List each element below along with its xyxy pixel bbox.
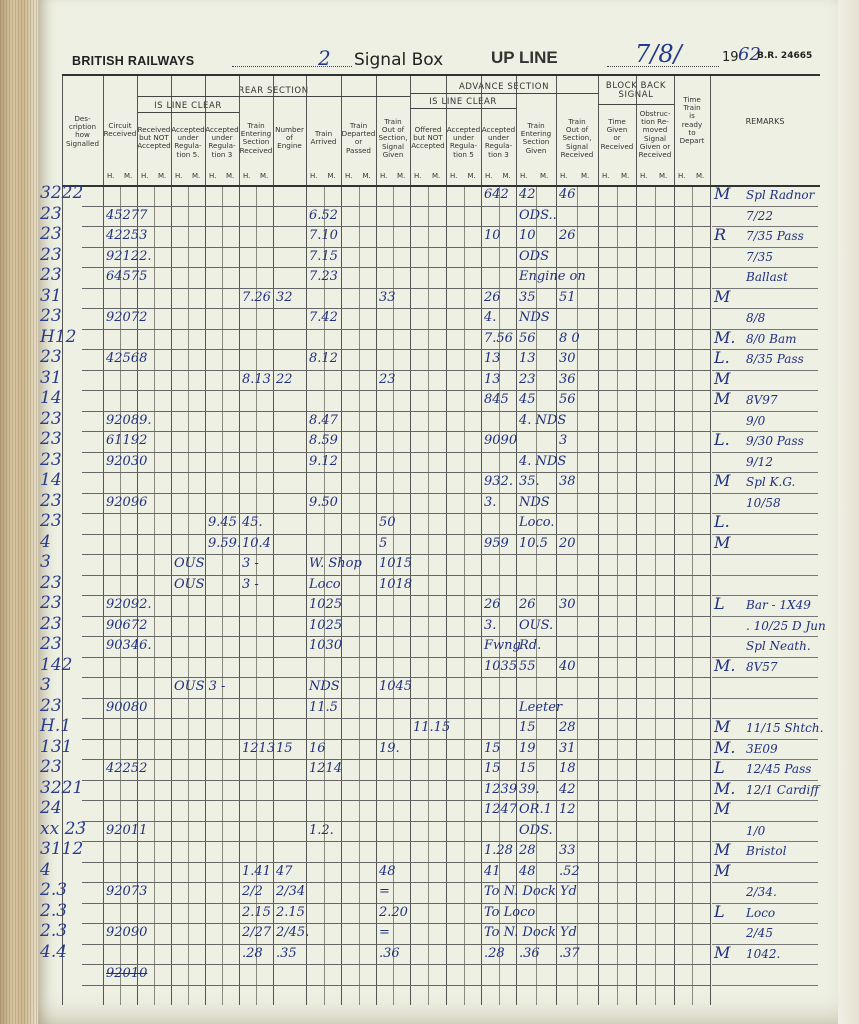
- remarks-text: 12/1 Cardiff: [746, 782, 819, 798]
- column-header-out_given: TrainOut ofSection,SignalGiven: [376, 118, 410, 159]
- entry-desc: 31: [40, 288, 62, 304]
- form-title-row: BRITISH RAILWAYS 2 Signal Box UP LINE 7/…: [72, 48, 822, 72]
- entry-adv-reg3: 15: [484, 761, 501, 777]
- remarks-rule: [712, 636, 818, 637]
- row-rule: [82, 370, 710, 371]
- column-divider: [205, 76, 206, 1005]
- entry-adv-reg3: 959: [484, 536, 509, 552]
- entry-out-recv: 51: [559, 290, 576, 306]
- entry-entering-given: 13: [519, 351, 536, 367]
- entry-entering-recv: 7.26: [242, 290, 271, 306]
- column-header-out_recv: TrainOut ofSection,SignalReceived: [556, 118, 598, 159]
- minute-label: M.: [468, 172, 476, 180]
- column-header-departed: TrainDepartedorPassed: [341, 122, 376, 155]
- remarks-rule: [712, 882, 818, 883]
- entry-out-given: 1015: [379, 556, 412, 572]
- remarks-initial: L.: [714, 432, 730, 448]
- row-rule: [82, 390, 710, 391]
- entry-adv-reg3: 1239: [484, 782, 517, 798]
- remarks-rule: [712, 226, 818, 227]
- entry-entering-given: 15: [519, 720, 536, 736]
- entry-desc: 3222: [40, 185, 83, 201]
- column-header-bb_time: TimeGivenorReceived: [598, 118, 636, 151]
- entry-circuit: 90672: [106, 618, 147, 634]
- minute-label: M.: [432, 172, 440, 180]
- minute-label: M.: [397, 172, 405, 180]
- column-divider: [410, 76, 411, 1005]
- remarks-text: Loco: [746, 905, 775, 921]
- advance-is-line-clear-heading: IS LINE CLEAR: [410, 97, 516, 107]
- entry-adv-reg3: 26: [484, 290, 501, 306]
- column-header-rear_not: Receivedbut NOTAccepted: [137, 126, 171, 151]
- row-rule: [82, 595, 710, 596]
- column-divider: [376, 76, 377, 1005]
- entry-adv-reg3: 3.: [484, 618, 496, 634]
- row-rule: [82, 800, 710, 801]
- entry-out-given: 19.: [379, 741, 400, 757]
- entry-entering-given: 23: [519, 372, 536, 388]
- entry-arrived: Loco: [309, 577, 341, 593]
- entry-entering-given: 4. NDS: [519, 413, 566, 429]
- entry-desc: 23: [40, 575, 62, 591]
- minute-label: M.: [621, 172, 629, 180]
- entry-out-given: 1018: [379, 577, 412, 593]
- remarks-initial: M: [714, 371, 730, 387]
- entry-circuit: 92072: [106, 310, 147, 326]
- row-rule: [82, 698, 710, 699]
- row-rule: [82, 780, 710, 781]
- row-rule: [82, 718, 710, 719]
- rear-is-line-clear-heading: IS LINE CLEAR: [137, 101, 239, 111]
- row-rule: [82, 411, 710, 412]
- entry-out-given: 23: [379, 372, 396, 388]
- remarks-initial: M: [714, 801, 730, 817]
- hour-label: H.: [243, 172, 250, 180]
- entry-desc: 2.3: [40, 882, 67, 898]
- entry-engine: 2.15: [276, 905, 305, 921]
- box-dotted-line: [232, 52, 352, 67]
- hour-label: H.: [602, 172, 609, 180]
- entry-out-given: 1045: [379, 679, 412, 695]
- entry-adv-reg3: 13: [484, 372, 501, 388]
- entry-adv-reg3: 4.: [484, 310, 496, 326]
- entry-out-given: =: [379, 925, 390, 941]
- entry-arrived: 11.5: [309, 700, 338, 716]
- minute-label: M.: [696, 172, 704, 180]
- entry-circuit: 92122.: [106, 249, 152, 265]
- column-header-rear_reg5: AcceptedunderRegula-tion 5.: [171, 126, 205, 159]
- row-rule: [82, 206, 710, 207]
- row-rule: [82, 308, 710, 309]
- remarks-rule: [712, 575, 818, 576]
- entry-circuit: 42568: [106, 351, 147, 367]
- minute-label: M.: [581, 172, 589, 180]
- entry-desc: 31: [40, 370, 62, 386]
- remarks-text: 7/22: [746, 208, 773, 224]
- entry-circuit: 90080: [106, 700, 147, 716]
- entry-circuit: 61192: [106, 433, 147, 449]
- entry-arrived: 7.23: [309, 269, 338, 285]
- column-header-remarks: REMARKS: [710, 118, 820, 126]
- row-rule: [82, 534, 710, 535]
- entry-adv-reg3: 13: [484, 351, 501, 367]
- remarks-rule: [712, 821, 818, 822]
- signal-box-label: Signal Box: [354, 50, 443, 70]
- entry-desc: 23: [40, 267, 62, 283]
- remarks-text: 8V97: [746, 392, 778, 408]
- column-divider: [598, 76, 599, 1005]
- entry-entering-recv: 2.15: [242, 905, 271, 921]
- entry-entering-given: NDS: [519, 495, 550, 511]
- minute-label: M.: [226, 172, 234, 180]
- remarks-rule: [712, 411, 818, 412]
- entry-entering-given: 26: [519, 597, 536, 613]
- remarks-text: 10/58: [746, 495, 781, 511]
- remarks-text: 11/15 Shtch.: [746, 720, 823, 736]
- entry-arrived: 1025: [309, 597, 342, 613]
- remarks-text: 12/45 Pass: [746, 761, 811, 777]
- entry-adv-reg3: 932.: [484, 474, 513, 490]
- entry-arrived: 1025: [309, 618, 342, 634]
- entry-out-recv: 30: [559, 351, 576, 367]
- entry-circuit: 92096: [106, 495, 147, 511]
- column-header-entering_given: TrainEnteringSectionGiven: [516, 122, 556, 155]
- entry-engine: .35: [276, 946, 297, 962]
- remarks-text: . 10/25 D Jun: [746, 618, 826, 634]
- row-rule: [82, 493, 710, 494]
- signal-box-number: 2: [318, 46, 331, 70]
- row-rule: [82, 575, 710, 576]
- entry-adv-not: 11.15: [413, 720, 450, 736]
- entry-desc: xx 23: [40, 821, 86, 837]
- entry-entering-given: ODS..: [519, 208, 557, 224]
- hour-label: H.: [107, 172, 114, 180]
- row-rule: [82, 226, 710, 227]
- column-header-rear_reg3: AcceptedunderRegula-tion 3: [205, 126, 239, 159]
- entry-adv-reg3: 845: [484, 392, 509, 408]
- remarks-rule: [712, 247, 818, 248]
- entry-desc: 23: [40, 513, 62, 529]
- remarks-rule: [712, 554, 818, 555]
- remarks-text: 9/0: [746, 413, 765, 429]
- organisation-name: BRITISH RAILWAYS: [72, 54, 194, 68]
- entry-entering-given: 55: [519, 659, 536, 675]
- column-divider: [62, 76, 63, 1005]
- remarks-initial: M: [714, 945, 730, 961]
- advance-ilc-rule: [410, 108, 516, 109]
- entry-desc: H12: [40, 329, 76, 345]
- rear-section-rule: [137, 96, 410, 97]
- entry-arrived: 7.10: [309, 228, 338, 244]
- row-rule: [82, 882, 710, 883]
- remarks-rule: [712, 677, 818, 678]
- remarks-initial: M: [714, 186, 730, 202]
- row-rule: [82, 288, 710, 289]
- entry-entering-given: 39.: [519, 782, 540, 798]
- entry-desc: H.1: [40, 718, 71, 734]
- remarks-initial: M: [714, 473, 730, 489]
- entry-circuit: 64575: [106, 269, 147, 285]
- entry-entering-given: 4. NDS: [519, 454, 566, 470]
- entry-entering-given: ODS.: [519, 823, 553, 839]
- hour-label: H.: [345, 172, 352, 180]
- entry-entering-given: 42: [519, 187, 536, 203]
- remarks-rule: [712, 616, 818, 617]
- remarks-text: 1/0: [746, 823, 765, 839]
- hour-label: H.: [520, 172, 527, 180]
- entry-entering-recv: 1.41: [242, 864, 271, 880]
- row-rule: [82, 636, 710, 637]
- entry-entering-given: .36: [519, 946, 540, 962]
- entry-out-recv: 8 0: [559, 331, 580, 347]
- remarks-text: Spl Radnor: [746, 187, 814, 203]
- column-header-engine: NumberofEngine: [273, 126, 306, 151]
- entry-adv-reg3: To N. Dock Yd: [484, 884, 577, 900]
- minute-label: M.: [659, 172, 667, 180]
- entry-arrived: 8.59: [309, 433, 338, 449]
- row-rule: [82, 923, 710, 924]
- entry-out-recv: 33: [559, 843, 576, 859]
- entry-adv-reg3: 15: [484, 741, 501, 757]
- entry-desc: 14: [40, 390, 62, 406]
- hour-label: H.: [640, 172, 647, 180]
- entry-entering-given: Leeter: [519, 700, 562, 716]
- entry-out-recv: 46: [559, 187, 576, 203]
- row-rule: [82, 759, 710, 760]
- entry-arrived: 8.12: [309, 351, 338, 367]
- remarks-rule: [712, 308, 818, 309]
- entry-out-recv: 56: [559, 392, 576, 408]
- entry-out-given: 5: [379, 536, 387, 552]
- entry-entering-given: Engine on: [519, 269, 586, 285]
- entry-out-given: 33: [379, 290, 396, 306]
- entry-adv-reg3: To N. Dock Yd: [484, 925, 577, 941]
- entry-arrived: W. Shop: [309, 556, 362, 572]
- entry-reg3: 9.59.: [208, 536, 241, 552]
- entry-desc: 23: [40, 493, 62, 509]
- entry-entering-given: 19: [519, 741, 536, 757]
- entry-adv-reg3: 642: [484, 187, 509, 203]
- column-divider: [636, 76, 637, 1005]
- entry-engine: 32: [276, 290, 293, 306]
- entry-adv-reg3: 1.28: [484, 843, 513, 859]
- entry-entering-given: ODS: [519, 249, 549, 265]
- column-header-entering_recv: TrainEnteringSectionReceived: [239, 122, 273, 155]
- entry-reg5: OUS: [174, 556, 205, 572]
- remarks-rule: [712, 903, 818, 904]
- row-rule: [82, 985, 710, 986]
- hour-label: H.: [175, 172, 182, 180]
- entry-adv-reg3: 26: [484, 597, 501, 613]
- minute-label: M.: [260, 172, 268, 180]
- entry-circuit: 92011: [106, 823, 147, 839]
- entry-entering-given: Rd.: [519, 638, 541, 654]
- entry-circuit: 90346.: [106, 638, 152, 654]
- entry-desc: 3: [40, 677, 51, 693]
- minute-label: M.: [124, 172, 132, 180]
- entry-circuit: 92089.: [106, 413, 152, 429]
- entry-out-given: .36: [379, 946, 400, 962]
- entry-desc: 23: [40, 411, 62, 427]
- remarks-initial: M.: [714, 740, 735, 756]
- entry-entering-recv: .28: [242, 946, 263, 962]
- entry-entering-recv: 8.13: [242, 372, 271, 388]
- column-divider: [710, 76, 711, 1005]
- entry-date: 7/8/: [635, 40, 682, 68]
- entry-desc: 2.3: [40, 923, 67, 939]
- entry-reg5: OUS: [174, 577, 205, 593]
- entry-entering-recv: 10.4: [242, 536, 271, 552]
- advance-section-heading: ADVANCE SECTION: [410, 82, 598, 92]
- entry-out-given: 2.20: [379, 905, 408, 921]
- row-rule: [82, 329, 710, 330]
- remarks-rule: [712, 985, 818, 986]
- entry-out-recv: 38: [559, 474, 576, 490]
- entry-reg5: OUS 3 -: [174, 679, 225, 695]
- row-rule: [82, 821, 710, 822]
- entry-adv-reg3: 7.56: [484, 331, 513, 347]
- column-divider: [103, 76, 104, 1005]
- entry-desc: 23: [40, 595, 62, 611]
- hour-label: H.: [485, 172, 492, 180]
- row-rule: [82, 452, 710, 453]
- entry-arrived: 8.47: [309, 413, 338, 429]
- entry-out-recv: 20: [559, 536, 576, 552]
- remarks-text: 8/35 Pass: [746, 351, 804, 367]
- column-divider: [171, 76, 172, 1005]
- entry-adv-reg3: 10: [484, 228, 501, 244]
- row-rule: [82, 657, 710, 658]
- entry-desc: 4: [40, 534, 51, 550]
- entry-out-recv: 40: [559, 659, 576, 675]
- entry-circuit: 42253: [106, 228, 147, 244]
- entry-desc: 3112: [40, 841, 83, 857]
- entry-out-recv: .37: [559, 946, 580, 962]
- entry-desc: 14: [40, 472, 62, 488]
- entry-entering-given: 10: [519, 228, 536, 244]
- entry-out-given: 50: [379, 515, 396, 531]
- rear-ilc-rule: [137, 112, 239, 113]
- entry-entering-given: OR.1: [519, 802, 552, 818]
- column-divider: [306, 76, 307, 1005]
- remarks-initial: M.: [714, 330, 735, 346]
- remarks-initial: M: [714, 391, 730, 407]
- entry-entering-given: 10.5: [519, 536, 548, 552]
- row-rule: [82, 616, 710, 617]
- column-header-bb_obstr: Obstruc-tion Re-movedSignalGiven orRecei…: [636, 110, 674, 159]
- remarks-rule: [712, 493, 818, 494]
- entry-entering-recv: 45.: [242, 515, 263, 531]
- entry-adv-reg3: .28: [484, 946, 505, 962]
- entry-desc: 23: [40, 226, 62, 242]
- row-rule: [82, 944, 710, 945]
- entry-adv-reg3: To Loco: [484, 905, 535, 921]
- remarks-text: 2/45: [746, 925, 773, 941]
- entry-arrived: 1.2.: [309, 823, 334, 839]
- entry-entering-given: 56: [519, 331, 536, 347]
- entry-entering-given: OUS.: [519, 618, 553, 634]
- row-rule: [82, 739, 710, 740]
- entry-circuit: 45277: [106, 208, 147, 224]
- hour-label: H.: [209, 172, 216, 180]
- row-rule: [82, 554, 710, 555]
- remarks-text: 7/35 Pass: [746, 228, 804, 244]
- remarks-initial: M: [714, 289, 730, 305]
- hour-label: H.: [141, 172, 148, 180]
- entry-desc: 23: [40, 308, 62, 324]
- remarks-rule: [712, 267, 818, 268]
- entry-engine: 2/45.: [276, 925, 309, 941]
- page-right-margin: [838, 0, 859, 1024]
- remarks-text: Bar - 1X49: [746, 597, 811, 613]
- minute-label: M.: [192, 172, 200, 180]
- minute-label: M.: [540, 172, 548, 180]
- remarks-rule: [712, 964, 818, 965]
- entry-entering-given: 35.: [519, 474, 540, 490]
- remarks-rule: [712, 452, 818, 453]
- remarks-rule: [712, 206, 818, 207]
- minute-label: M.: [158, 172, 166, 180]
- remarks-initial: M: [714, 863, 730, 879]
- row-rule: [82, 513, 710, 514]
- remarks-text: 7/35: [746, 249, 773, 265]
- column-divider: [273, 76, 274, 1005]
- remarks-initial: M: [714, 535, 730, 551]
- remarks-initial: L: [714, 760, 725, 776]
- remarks-initial: M: [714, 719, 730, 735]
- remarks-text: 3E09: [746, 741, 778, 757]
- column-header-adv_not: Offeredbut NOTAccepted: [410, 126, 446, 151]
- entry-desc: 23: [40, 349, 62, 365]
- remarks-initial: R: [714, 227, 726, 243]
- entry-entering-given: 28: [519, 843, 536, 859]
- column-divider: [674, 76, 675, 1005]
- remarks-text: Spl K.G.: [746, 474, 795, 490]
- entry-reg3: 9.45: [208, 515, 237, 531]
- entry-circuit: 92090: [106, 925, 147, 941]
- entry-desc: 24: [40, 800, 62, 816]
- year-prefix: 19: [722, 50, 739, 65]
- entry-desc: 4.4: [40, 944, 67, 960]
- entry-circuit: 92092.: [106, 597, 152, 613]
- entry-out-recv: 26: [559, 228, 576, 244]
- entry-circuit: 42252: [106, 761, 147, 777]
- entry-entering-given: 15: [519, 761, 536, 777]
- entry-circuit: 92073: [106, 884, 147, 900]
- entry-arrived: 9.12: [309, 454, 338, 470]
- column-divider: [341, 76, 342, 1005]
- entry-engine: 2/34: [276, 884, 305, 900]
- remarks-text: 8/8: [746, 310, 765, 326]
- entry-out-recv: 42: [559, 782, 576, 798]
- book-page-edges: [0, 0, 42, 1024]
- entry-adv-reg3: 1247: [484, 802, 517, 818]
- row-rule: [82, 841, 710, 842]
- remarks-initial: M: [714, 842, 730, 858]
- entry-engine: 22: [276, 372, 293, 388]
- entry-adv-reg3: 1035: [484, 659, 517, 675]
- entry-adv-reg3: Fwng: [484, 638, 521, 654]
- entry-desc: 2.3: [40, 903, 67, 919]
- entry-arrived: 7.15: [309, 249, 338, 265]
- entry-adv-reg3: 9090: [484, 433, 517, 449]
- entry-out-recv: 12: [559, 802, 576, 818]
- row-rule: [82, 677, 710, 678]
- advance-section-rule: [410, 93, 598, 94]
- entry-desc: 4: [40, 862, 51, 878]
- entry-out-recv: 31: [559, 741, 576, 757]
- remarks-text: 9/12: [746, 454, 773, 470]
